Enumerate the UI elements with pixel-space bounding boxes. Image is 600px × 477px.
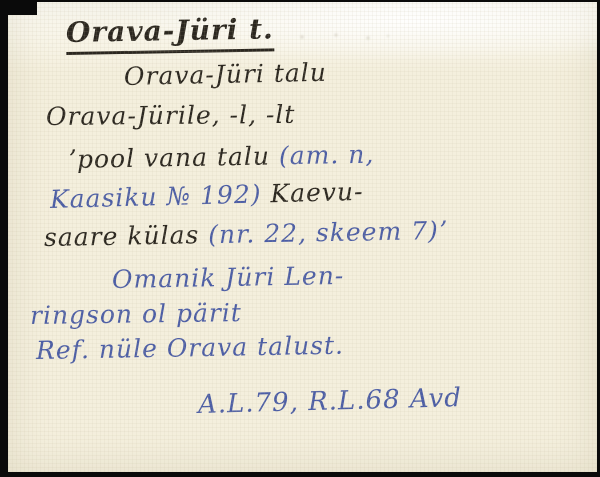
handwriting-segment: Orava-Jürile, -l, -lt: [46, 100, 296, 131]
handwriting-segment: ringson ol pärit: [30, 298, 242, 330]
handwriting-segment: Ref. nüle Orava talust.: [36, 331, 344, 365]
handwriting-segment: (am. n,: [279, 140, 375, 171]
handwritten-signature: A.L.79, R.L.68 Avd: [198, 383, 463, 420]
scan-corner-shadow: [0, 0, 37, 15]
handwritten-line: Ref. nüle Orava talust.: [36, 331, 344, 365]
handwriting-segment: Kaasiku № 192): [50, 179, 262, 214]
handwriting-segment: Orava-Jüri talu: [124, 58, 327, 91]
handwritten-line: Orava-Jüri talu: [124, 58, 327, 91]
handwriting-segment: (nr. 22, skeem 7)ʼ: [208, 216, 448, 249]
handwritten-line: Orava-Jürile, -l, -lt: [46, 100, 296, 131]
card-title: Orava-Jüri t.: [66, 12, 274, 55]
index-card: Orava-Jüri t. Orava-Jüri talu Orava-Jüri…: [8, 2, 597, 472]
handwriting-segment: saare külas: [44, 220, 209, 252]
handwritten-line-title: Orava-Jüri t.: [66, 12, 274, 49]
handwriting-segment: A.L.79, R.L.68 Avd: [198, 383, 463, 420]
handwriting-segment: Kaevu-: [261, 177, 364, 209]
handwritten-line: Kaasiku № 192) Kaevu-: [50, 177, 364, 214]
faint-stamp-mark: [290, 26, 400, 48]
handwritten-line: ringson ol pärit: [30, 298, 242, 330]
handwritten-line: ʼpool vana talu (am. n,: [68, 140, 375, 174]
handwritten-line: saare külas (nr. 22, skeem 7)ʼ: [44, 216, 448, 252]
handwritten-line: Omanik Jüri Len-: [112, 261, 345, 294]
handwriting-segment: Omanik Jüri Len-: [112, 261, 345, 294]
handwriting-segment: ʼpool vana talu: [68, 141, 279, 174]
